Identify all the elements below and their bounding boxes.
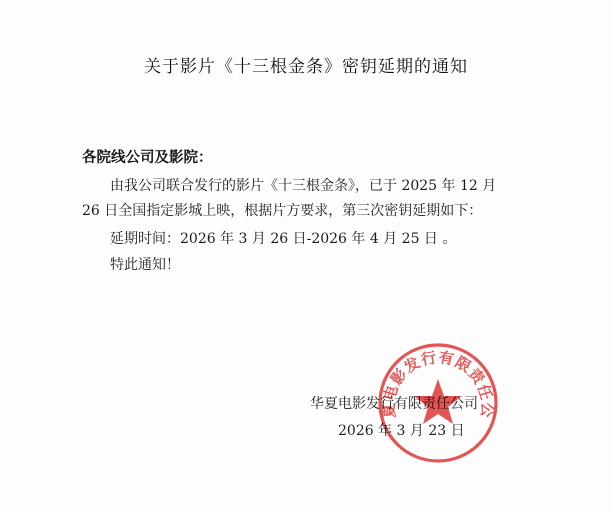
extension-period: 延期时间：2026 年 3 月 26 日-2026 年 4 月 25 日 。: [82, 229, 456, 249]
document-page: 关于影片《十三根金条》密钥延期的通知 各院线公司及影院： 由我公司联合发行的影片…: [0, 0, 612, 511]
body-paragraph-1-continued: 26 日全国指定影城上映，根据片方要求，第三次密钥延期如下：: [82, 201, 482, 221]
seal-stamp-icon: 华夏电影发行有限责任公司: [376, 341, 500, 465]
company-seal: 华夏电影发行有限责任公司 华夏电影发行有限责任公司: [376, 341, 500, 465]
salutation: 各院线公司及影院：: [82, 146, 213, 167]
document-title: 关于影片《十三根金条》密钥延期的通知: [0, 52, 612, 77]
body-paragraph-1: 由我公司联合发行的影片《十三根金条》，已于 2025 年 12 月: [82, 176, 496, 196]
closing-line: 特此通知！: [82, 255, 180, 275]
star-icon: [414, 379, 462, 424]
